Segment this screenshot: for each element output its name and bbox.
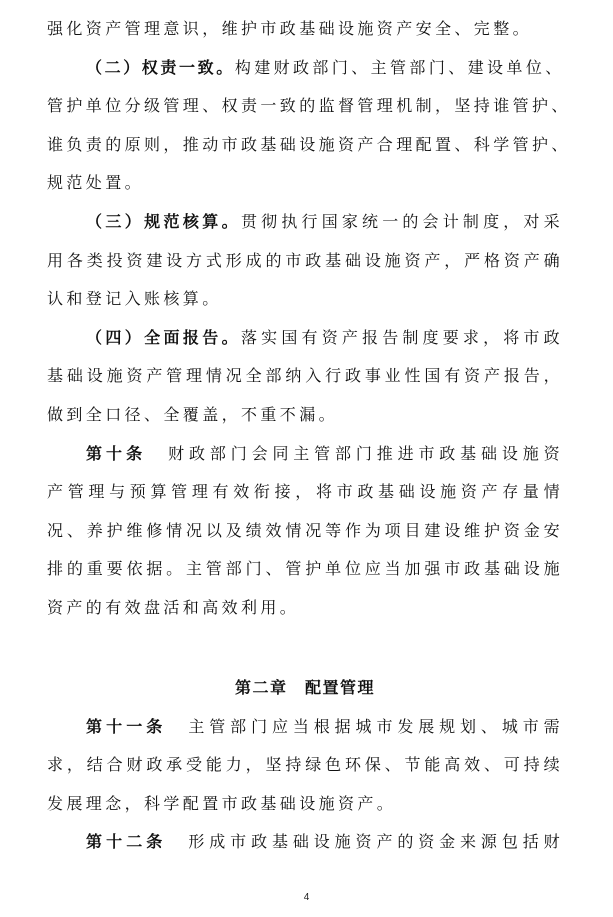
paragraph-first-line: （四）全面报告。落实国有资产报告制度要求，将市政: [47, 319, 563, 358]
text-line: 用各类投资建设方式形成的市政基础设施资产，严格资产确: [47, 242, 563, 281]
chapter-title: 第二章 配置管理: [47, 668, 563, 708]
text-run: 形成市政基础设施资产的资金来源包括财: [188, 832, 563, 851]
text-line: 资产的有效盘活和高效利用。: [47, 589, 563, 628]
text-line: 排的重要依据。主管部门、管护单位应当加强市政基础设施: [47, 550, 563, 589]
text-run: 主管部门应当根据城市发展规划、城市需: [188, 717, 563, 736]
paragraph-first-line: （三）规范核算。贯彻执行国家统一的会计制度，对采: [47, 203, 563, 242]
text-line: 做到全口径、全覆盖，不重不漏。: [47, 396, 563, 435]
text-line: 基础设施资产管理情况全部纳入行政事业性国有资产报告，: [47, 357, 563, 396]
text-line: 谁负责的原则，推动市政基础设施资产合理配置、科学管护、: [47, 126, 563, 165]
text-run: 落实国有资产报告制度要求，将市政: [241, 328, 563, 347]
section-label-accounting: （三）规范核算。: [86, 212, 241, 231]
text-line: 管护单位分级管理、权责一致的监督管理机制，坚持谁管护、: [47, 87, 563, 126]
text-run: 构建财政部门、主管部门、建设单位、: [235, 58, 565, 77]
section-label-reporting: （四）全面报告。: [86, 328, 241, 347]
article-label-11: 第十一条: [86, 717, 166, 736]
page-number: 4: [0, 892, 613, 903]
article-label-10: 第十条: [86, 444, 146, 463]
text-line: 求，结合财政承受能力，坚持绿色环保、节能高效、可持续: [47, 746, 563, 785]
section-label-accountability: （二）权责一致。: [86, 58, 235, 77]
body-text: 强化资产管理意识，维护市政基础设施资产安全、完整。 （二）权责一致。构建财政部门…: [47, 10, 563, 862]
article-label-12: 第十二条: [86, 832, 166, 851]
text-line: 产管理与预算管理有效衔接，将市政基础设施资产存量情: [47, 473, 563, 512]
article-first-line: 第十一条主管部门应当根据城市发展规划、城市需: [47, 708, 563, 747]
text-line: 况、养护维修情况以及绩效情况等作为项目建设维护资金安: [47, 512, 563, 551]
text-line: 规范处置。: [47, 164, 563, 203]
text-line: 发展理念，科学配置市政基础设施资产。: [47, 785, 563, 824]
text-run: 财政部门会同主管部门推进市政基础设施资: [168, 444, 563, 463]
paragraph-first-line: （二）权责一致。构建财政部门、主管部门、建设单位、: [47, 49, 563, 88]
article-first-line: 第十二条形成市政基础设施资产的资金来源包括财: [47, 823, 563, 862]
document-page: 强化资产管理意识，维护市政基础设施资产安全、完整。 （二）权责一致。构建财政部门…: [0, 0, 613, 917]
text-line: 认和登记入账核算。: [47, 280, 563, 319]
text-run: 贯彻执行国家统一的会计制度，对采: [241, 212, 563, 231]
article-first-line: 第十条财政部门会同主管部门推进市政基础设施资: [47, 435, 563, 474]
text-line: 强化资产管理意识，维护市政基础设施资产安全、完整。: [47, 10, 563, 49]
